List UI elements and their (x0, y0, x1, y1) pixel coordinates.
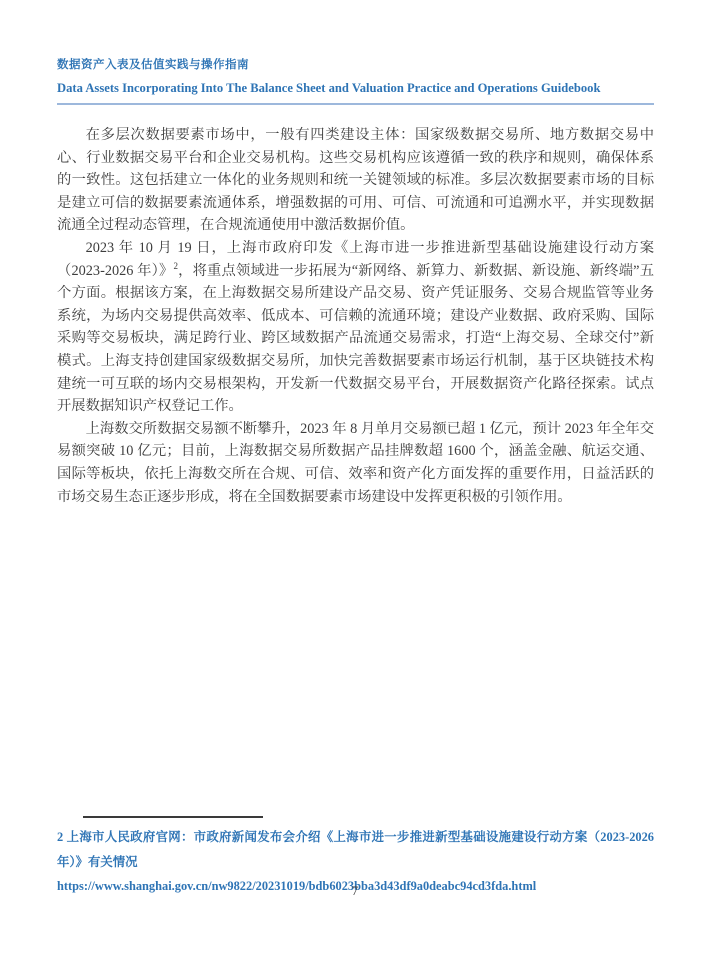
paragraph-shanghai-plan: 2023 年 10 月 19 日，上海市政府印发《上海市进一步推进新型基础设施建… (57, 237, 654, 418)
page-number: 7 (0, 884, 710, 899)
footnote-separator-line (83, 816, 263, 818)
paragraph-text: ，将重点领域进一步拓展为“新网络、新算力、新数据、新设施、新终端”五个方面。根据… (57, 263, 654, 415)
page-content: 数据资产入表及估值实践与操作指南 Data Assets Incorporati… (57, 56, 654, 508)
header-title-en: Data Assets Incorporating Into The Balan… (57, 81, 654, 96)
paragraph-text: 上海数交所数据交易额不断攀升，2023 年 8 月单月交易额已超 1 亿元，预计… (57, 421, 654, 505)
running-header: 数据资产入表及估值实践与操作指南 Data Assets Incorporati… (57, 56, 654, 105)
footnote-text: 上海市人民政府官网：市政府新闻发布会介绍《上海市进一步推进新型基础设施建设行动方… (57, 830, 654, 869)
paragraph-exchange-growth: 上海数交所数据交易额不断攀升，2023 年 8 月单月交易额已超 1 亿元，预计… (57, 418, 654, 508)
paragraph-text: 在多层次数据要素市场中，一般有四类建设主体：国家级数据交易所、地方数据交易中心、… (57, 127, 654, 233)
document-page: 数据资产入表及估值实践与操作指南 Data Assets Incorporati… (0, 0, 710, 963)
body-text: 在多层次数据要素市场中，一般有四类建设主体：国家级数据交易所、地方数据交易中心、… (57, 124, 654, 508)
paragraph-market-overview: 在多层次数据要素市场中，一般有四类建设主体：国家级数据交易所、地方数据交易中心、… (57, 124, 654, 237)
header-title-zh: 数据资产入表及估值实践与操作指南 (57, 56, 654, 72)
